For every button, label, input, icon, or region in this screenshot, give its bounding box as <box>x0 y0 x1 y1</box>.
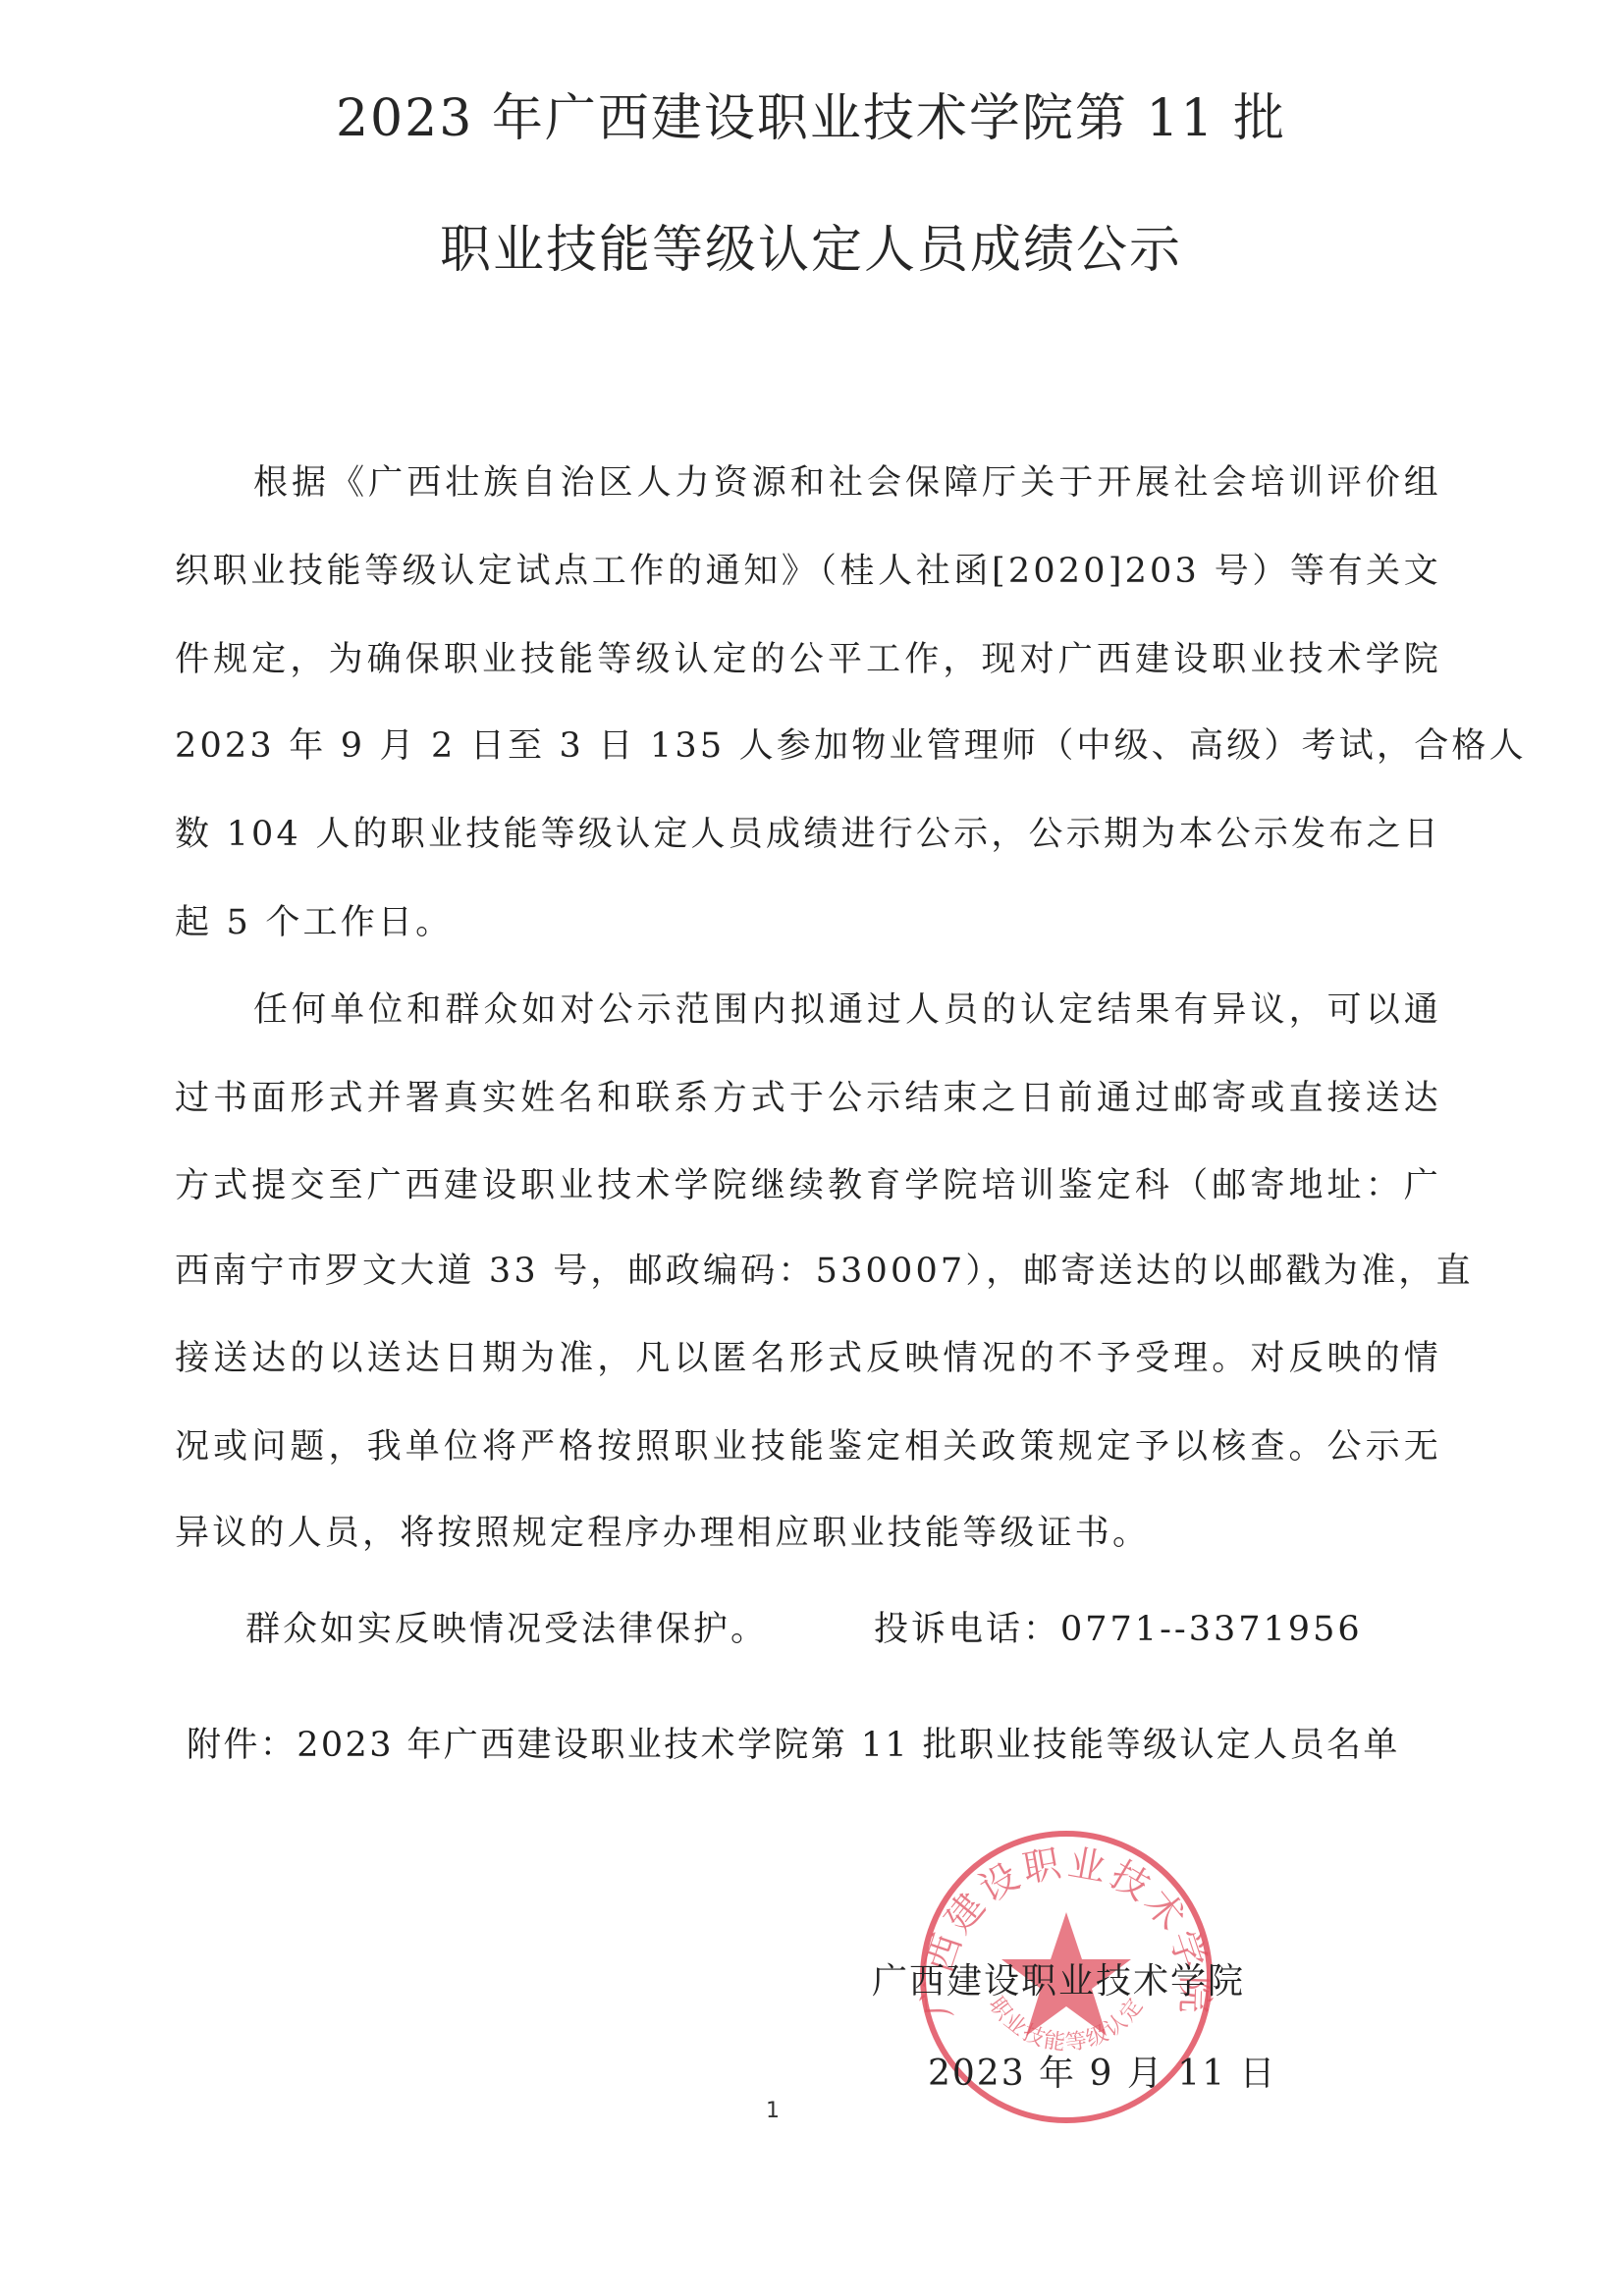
signature-date: 2023 年 9 月 11 日 <box>928 2046 1277 2096</box>
paragraph-1-line: 2023 年 9 月 2 日至 3 日 135 人参加物业管理师（中级、高级）考… <box>175 724 1441 768</box>
page-number: 1 <box>766 2099 780 2123</box>
paragraph-2-line: 西南宁市罗文大道 33 号，邮政编码：530007），邮寄送达的以邮戳为准，直 <box>175 1250 1441 1293</box>
paragraph-2-line: 异议的人员，将按照规定程序办理相应职业技能等级证书。 <box>175 1512 1441 1555</box>
paragraph-1-line: 数 104 人的职业技能等级认定人员成绩进行公示，公示期为本公示发布之日 <box>175 813 1441 856</box>
paragraph-1-line: 起 5 个工作日。 <box>175 901 1441 944</box>
paragraph-2-line: 况或问题，我单位将严格按照职业技能鉴定相关政策规定予以核查。公示无 <box>175 1425 1441 1468</box>
document-page: 2023 年广西建设职业技术学院第 11 批 职业技能等级认定人员成绩公示 根据… <box>0 0 1622 2296</box>
paragraph-2-line: 任何单位和群众如对公示范围内拟通过人员的认定结果有异议，可以通 <box>253 988 1441 1032</box>
document-title-line-2: 职业技能等级认定人员成绩公示 <box>0 208 1622 282</box>
attachment-note: 附件：2023 年广西建设职业技术学院第 11 批职业技能等级认定人员名单 <box>187 1718 1400 1767</box>
legal-protection-note: 群众如实反映情况受法律保护。 <box>245 1610 768 1649</box>
paragraph-2-line: 接送达的以送达日期为准，凡以匿名形式反映情况的不予受理。对反映的情 <box>175 1337 1441 1380</box>
paragraph-1-line: 根据《广西壮族自治区人力资源和社会保障厅关于开展社会培训评价组 <box>253 461 1441 505</box>
paragraph-1-line: 件规定，为确保职业技能等级认定的公平工作，现对广西建设职业技术学院 <box>175 638 1441 681</box>
complaint-phone: 投诉电话：0771--3371956 <box>874 1602 1363 1651</box>
paragraph-1-line: 织职业技能等级认定试点工作的通知》（桂人社函[2020]203 号）等有关文 <box>175 550 1441 593</box>
paragraph-2-line: 方式提交至广西建设职业技术学院继续教育学院培训鉴定科（邮寄地址：广 <box>175 1164 1441 1207</box>
contact-line: 群众如实反映情况受法律保护。 投诉电话：0771--3371956 <box>245 1602 768 1651</box>
paragraph-2-line: 过书面形式并署真实姓名和联系方式于公示结束之日前通过邮寄或直接送达 <box>175 1077 1441 1120</box>
signature-organization: 广西建设职业技术学院 <box>872 1953 1245 2003</box>
document-title-line-1: 2023 年广西建设职业技术学院第 11 批 <box>0 77 1622 150</box>
